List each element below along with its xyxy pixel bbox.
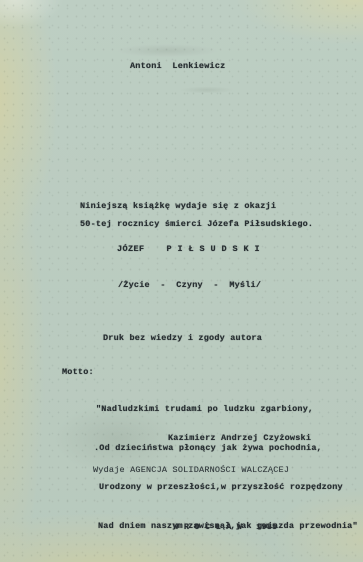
occasion-line-1: Niniejszą książkę wydaje się z okazji	[80, 200, 276, 213]
publisher-line: Wydaje AGENCJA SOLIDARNOŚCI WALCZĄCEJ	[93, 464, 289, 477]
motto-label: Motto:	[62, 366, 94, 379]
author-line: Antoni Lenkiewicz	[130, 60, 225, 73]
motto-author: Kazimierz Andrzej Czyżowski	[168, 432, 311, 445]
motto-line: Urodzony w przeszłości,w przyszłość rozp…	[99, 481, 358, 494]
motto-line: "Nadludzkimi trudami po ludzku zgarbiony…	[96, 403, 358, 416]
print-note: Druk bez wiedzy i zgody autora	[103, 332, 262, 345]
book-title: JÓZEF P I Ł S U D S K I	[117, 243, 260, 256]
imprint-line: W R O C Ł A W1985	[152, 508, 277, 547]
scanned-title-page: Antoni Lenkiewicz Niniejszą książkę wyda…	[0, 0, 363, 562]
imprint-year: 1985	[256, 522, 277, 532]
imprint-city: W R O C Ł A W	[173, 522, 242, 532]
occasion-line-2: 50-tej rocznicy śmierci Józefa Piłsudski…	[80, 218, 313, 231]
book-subtitle: /Życie - Czyny - Myśli/	[118, 279, 261, 292]
